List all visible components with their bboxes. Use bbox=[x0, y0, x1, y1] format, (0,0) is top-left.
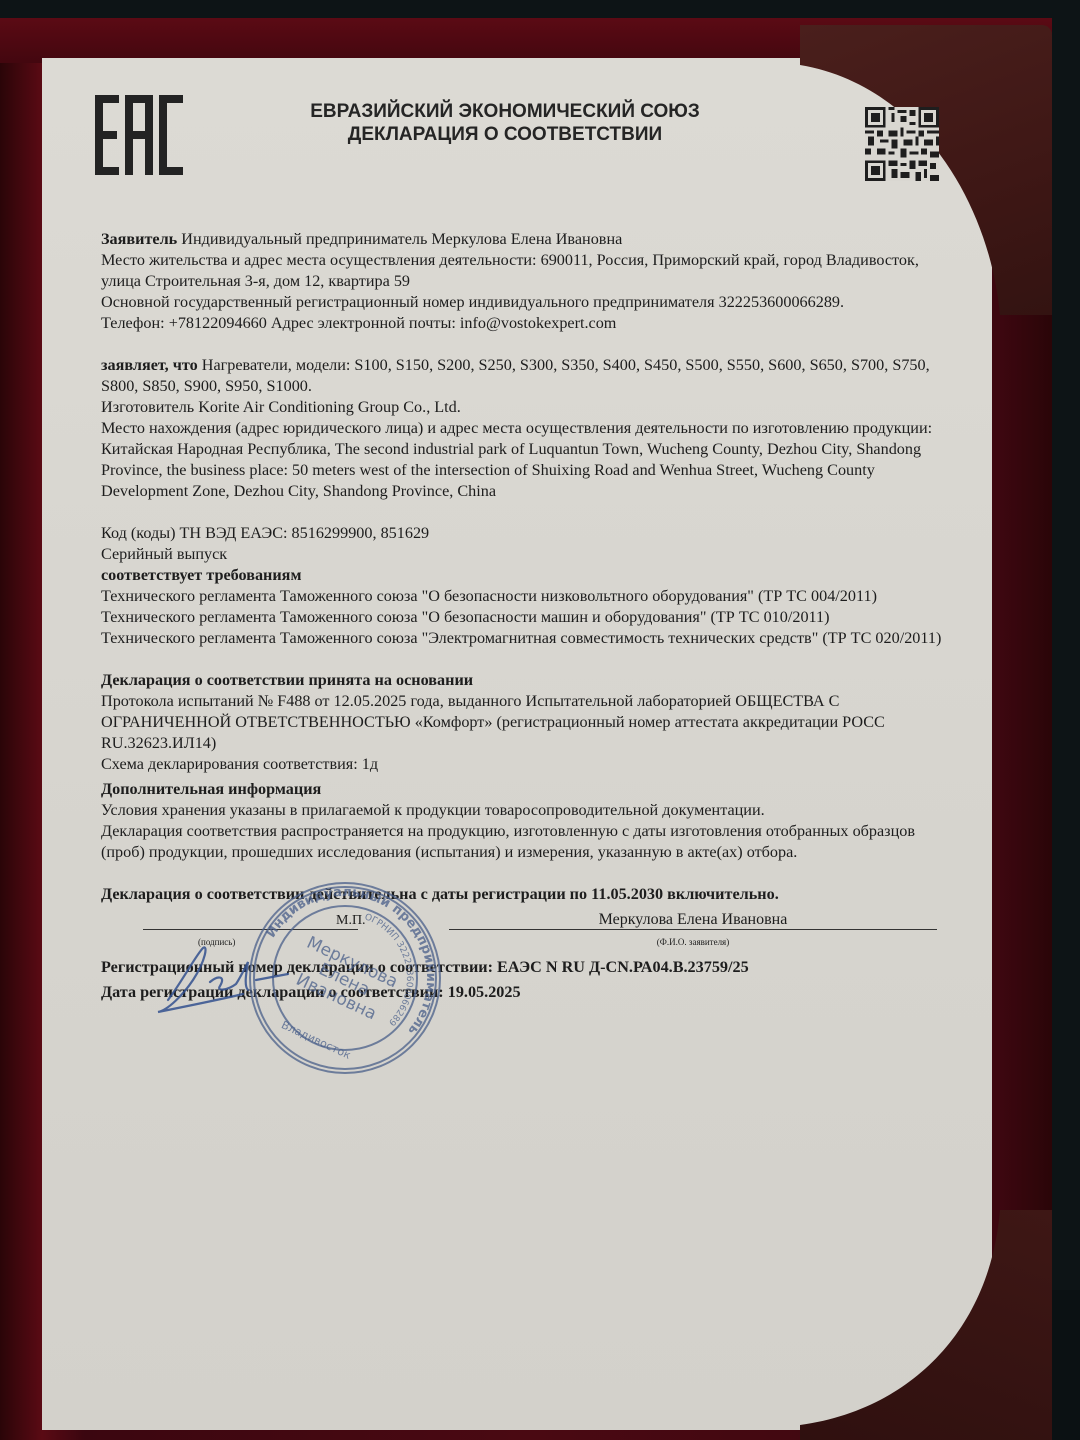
applicant-section: Заявитель Индивидуальный предприниматель… bbox=[101, 229, 951, 334]
applicant-contacts: Телефон: +78122094660 Адрес электронной … bbox=[101, 313, 951, 334]
manufacturer: Изготовитель Korite Air Conditioning Gro… bbox=[101, 397, 951, 418]
hs-codes: Код (коды) ТН ВЭД ЕАЭС: 8516299900, 8516… bbox=[101, 523, 951, 544]
basis-label: Декларация о соответствии принята на осн… bbox=[101, 670, 951, 691]
regulation-item: Технического регламента Таможенного союз… bbox=[101, 628, 951, 649]
validity-statement: Декларация о соответствии действительна … bbox=[101, 884, 951, 905]
applicant-ogrnip: Основной государственный регистрационный… bbox=[101, 292, 951, 313]
declaration-scheme: Схема декларирования соответствия: 1д bbox=[101, 754, 951, 775]
manufacturer-address: Место нахождения (адрес юридического лиц… bbox=[101, 418, 951, 502]
document-header: ЕВРАЗИЙСКИЙ ЭКОНОМИЧЕСКИЙ СОЮЗ ДЕКЛАРАЦИ… bbox=[95, 95, 945, 185]
declaration-scope: Декларация соответствия распространяется… bbox=[101, 821, 951, 863]
name-caption: (Ф.И.О. заявителя) bbox=[393, 932, 993, 953]
qr-code-icon[interactable] bbox=[865, 107, 939, 181]
regulation-item: Технического регламента Таможенного союз… bbox=[101, 586, 951, 607]
registration-number: Регистрационный номер декларации о соотв… bbox=[101, 957, 951, 978]
signature-block: М.П. Меркулова Елена Ивановна (подпись) … bbox=[101, 907, 951, 957]
additional-info-section: Дополнительная информация Условия хранен… bbox=[101, 779, 951, 863]
applicant-address: Место жительства и адрес места осуществл… bbox=[101, 250, 951, 292]
document-title: ЕВРАЗИЙСКИЙ ЭКОНОМИЧЕСКИЙ СОЮЗ ДЕКЛАРАЦИ… bbox=[290, 100, 720, 146]
product-description: Нагреватели, модели: S100, S150, S200, S… bbox=[101, 356, 930, 395]
test-protocol: Протокола испытаний № F488 от 12.05.2025… bbox=[101, 691, 951, 754]
applicant-name: Индивидуальный предприниматель Меркулова… bbox=[181, 230, 622, 248]
signature-line bbox=[143, 929, 358, 930]
compliance-section: Код (коды) ТН ВЭД ЕАЭС: 8516299900, 8516… bbox=[101, 523, 951, 649]
additional-info-label: Дополнительная информация bbox=[101, 779, 951, 800]
background-edge bbox=[1052, 1290, 1080, 1440]
seal-placeholder: М.П. bbox=[336, 910, 366, 931]
signature-caption: (подпись) bbox=[198, 932, 235, 953]
registration-section: Регистрационный номер декларации о соотв… bbox=[101, 957, 951, 1003]
title-union: ЕВРАЗИЙСКИЙ ЭКОНОМИЧЕСКИЙ СОЮЗ bbox=[290, 100, 720, 123]
title-declaration: ДЕКЛАРАЦИЯ О СООТВЕТСТВИИ bbox=[290, 123, 720, 146]
basis-section: Декларация о соответствии принята на осн… bbox=[101, 670, 951, 775]
compliance-label: соответствует требованиям bbox=[101, 565, 951, 586]
eac-logo-icon bbox=[95, 95, 187, 175]
declares-label: заявляет, что bbox=[101, 356, 198, 374]
regulation-item: Технического регламента Таможенного союз… bbox=[101, 607, 951, 628]
product-section: заявляет, что Нагреватели, модели: S100,… bbox=[101, 355, 951, 502]
signer-name: Меркулова Елена Ивановна bbox=[449, 909, 937, 930]
declaration-body: Заявитель Индивидуальный предприниматель… bbox=[101, 229, 951, 1003]
release-type: Серийный выпуск bbox=[101, 544, 951, 565]
applicant-label: Заявитель bbox=[101, 230, 177, 248]
registration-date: Дата регистрации декларации о соответств… bbox=[101, 982, 951, 1003]
storage-conditions: Условия хранения указаны в прилагаемой к… bbox=[101, 800, 951, 821]
name-line bbox=[449, 929, 937, 930]
